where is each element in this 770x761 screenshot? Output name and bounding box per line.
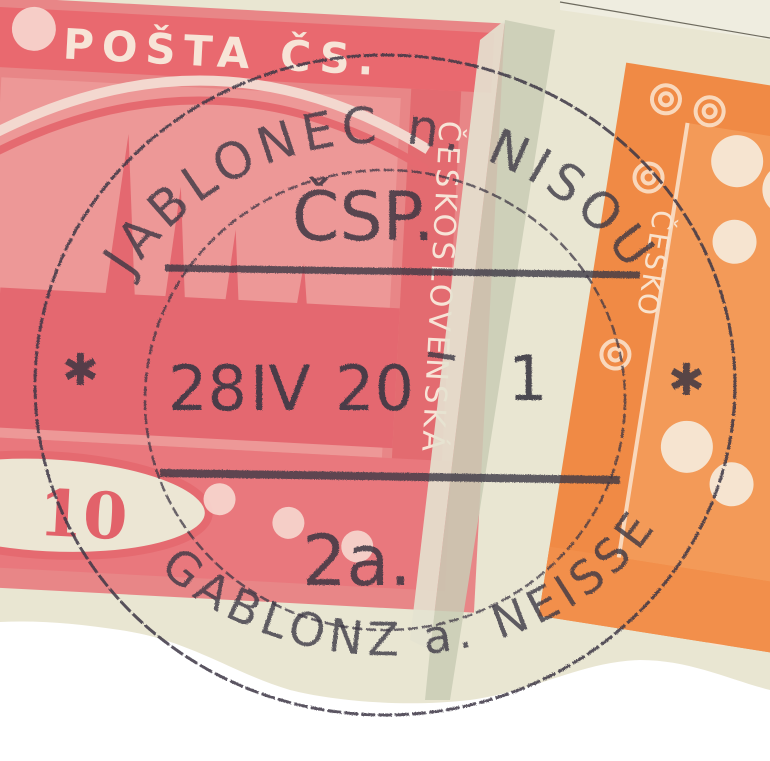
postmark-star-right: ✱ bbox=[668, 355, 705, 406]
postmark-serial: 2a. bbox=[302, 520, 412, 602]
postmark-star-left: ✱ bbox=[62, 345, 99, 396]
postmark-date-day: 28 bbox=[168, 352, 247, 425]
stamp-photo: POŠTA ČS. ČESKOSLOVENSKÁ 10 bbox=[0, 0, 770, 761]
postmark-date-month: IV bbox=[250, 352, 311, 425]
postmark-date-hour: 1 bbox=[508, 342, 547, 415]
red-stamp-denomination: 10 bbox=[37, 476, 130, 556]
postmark-office-code: ČSP. bbox=[292, 177, 435, 257]
postmark-date-year: 20 bbox=[335, 352, 414, 425]
